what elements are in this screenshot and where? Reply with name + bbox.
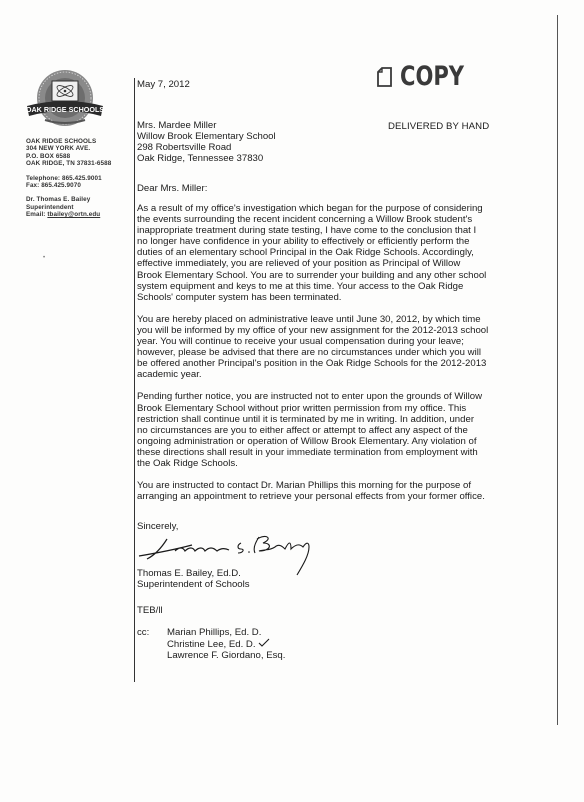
cc-recipient-name: Marian Phillips, Ed. D. xyxy=(167,627,261,638)
recipient-line: Mrs. Mardee Miller xyxy=(137,120,276,131)
cc-list: Marian Phillips, Ed. D. Christine Lee, E… xyxy=(167,627,285,661)
email-link[interactable]: tbailey@ortn.edu xyxy=(47,211,100,218)
fax: Fax: 865.425.9070 xyxy=(26,182,136,189)
cc-block: cc: Marian Phillips, Ed. D. Christine Le… xyxy=(137,627,285,661)
cc-label: cc: xyxy=(137,627,167,661)
reference-initials: TEB/ll xyxy=(137,605,163,616)
address-line: 304 NEW YORK AVE. xyxy=(26,145,136,152)
letterhead-address: OAK RIDGE SCHOOLS 304 NEW YORK AVE. P.O.… xyxy=(26,138,136,168)
cc-recipient: Christine Lee, Ed. D. xyxy=(167,638,285,650)
address-line: OAK RIDGE SCHOOLS xyxy=(26,138,136,145)
address-line: OAK RIDGE, TN 37831-6588 xyxy=(26,160,136,167)
letter-date: May 7, 2012 xyxy=(137,79,190,90)
cc-recipient: Marian Phillips, Ed. D. xyxy=(167,627,285,638)
official-name: Dr. Thomas E. Bailey xyxy=(26,196,136,203)
signer-block: Thomas E. Bailey, Ed.D. Superintendent o… xyxy=(137,568,250,590)
scan-edge-line xyxy=(557,15,558,725)
paragraph: You are instructed to contact Dr. Marian… xyxy=(137,480,547,502)
recipient-address: Mrs. Mardee Miller Willow Brook Elementa… xyxy=(137,120,276,164)
official-title: Superintendent xyxy=(26,204,136,211)
paragraph: Pending further notice, you are instruct… xyxy=(137,391,547,469)
address-line: P.O. BOX 6588 xyxy=(26,153,136,160)
letter-page: OAK RIDGE SCHOOLS OAK RIDGE SCHOOLS 304 … xyxy=(0,0,584,802)
recipient-line: Oak Ridge, Tennessee 37830 xyxy=(137,153,276,164)
stamp-text: COPY xyxy=(400,63,464,91)
email-label: Email: xyxy=(26,211,47,218)
svg-text:OAK RIDGE SCHOOLS: OAK RIDGE SCHOOLS xyxy=(26,105,104,114)
scan-speck: • xyxy=(43,255,45,261)
signer-name: Thomas E. Bailey, Ed.D. xyxy=(137,568,250,579)
official-email: Email: tbailey@ortn.edu xyxy=(26,211,136,218)
paragraph: As a result of my office's investigation… xyxy=(137,203,547,303)
school-logo-icon: OAK RIDGE SCHOOLS xyxy=(25,66,105,132)
letter-paragraphs: As a result of my office's investigation… xyxy=(137,203,547,513)
salutation: Dear Mrs. Miller: xyxy=(137,183,207,194)
letterhead-contact: Telephone: 865.425.9001 Fax: 865.425.907… xyxy=(26,175,136,190)
cc-recipient-name: Christine Lee, Ed. D. xyxy=(167,639,256,650)
recipient-line: 298 Robertsville Road xyxy=(137,142,276,153)
delivery-note: DELIVERED BY HAND xyxy=(388,121,489,132)
checkmark-icon xyxy=(258,638,270,647)
letterhead-official: Dr. Thomas E. Bailey Superintendent Emai… xyxy=(26,196,136,218)
document-icon xyxy=(377,67,392,87)
cc-recipient-name: Lawrence F. Giordano, Esq. xyxy=(167,650,285,661)
recipient-line: Willow Brook Elementary School xyxy=(137,131,276,142)
telephone: Telephone: 865.425.9001 xyxy=(26,175,136,182)
signer-title: Superintendent of Schools xyxy=(137,579,250,590)
copy-stamp: COPY xyxy=(377,63,482,91)
cc-recipient: Lawrence F. Giordano, Esq. xyxy=(167,650,285,661)
letterhead-sidebar: OAK RIDGE SCHOOLS 304 NEW YORK AVE. P.O.… xyxy=(26,138,136,226)
paragraph: You are hereby placed on administrative … xyxy=(137,314,547,381)
